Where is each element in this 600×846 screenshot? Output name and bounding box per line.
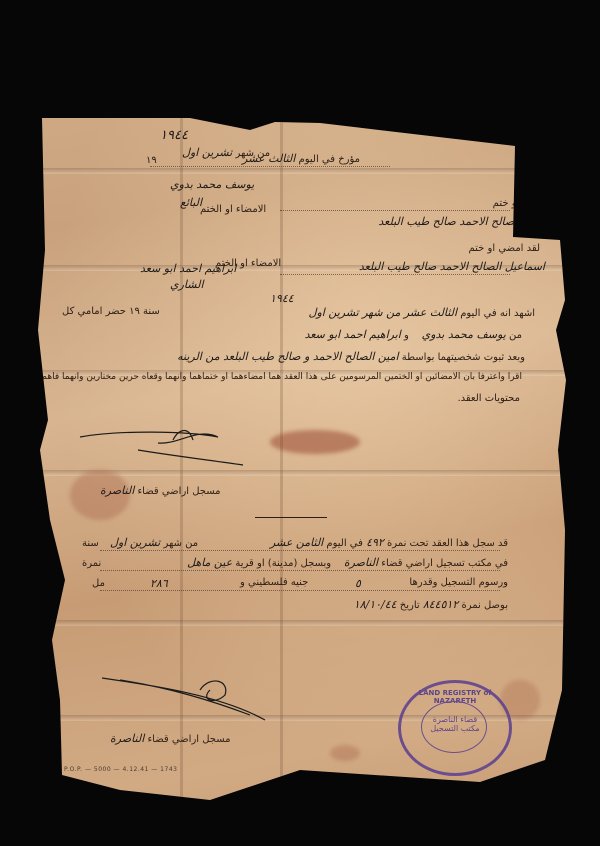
attestation-line-3: وبعد ثبوت شخصيتهما بواسطة امين الصالح ال… xyxy=(177,350,525,363)
signature-label-1: الامضاء او الختم xyxy=(200,204,266,215)
pounds-label: جنيه فلسطيني و xyxy=(240,577,308,588)
mils-label: مل xyxy=(92,578,105,589)
registration-page-label: نمرة xyxy=(82,558,101,569)
buyer-name-hand: ابراهيم احمد ابو سعد xyxy=(140,262,236,275)
attestation-year: ١٩٤٤ xyxy=(270,292,294,305)
dotted-rule xyxy=(100,570,500,571)
dotted-rule xyxy=(280,210,510,211)
attestation-line-4: اقرا واعترفا بان الامضائين او الختمين ال… xyxy=(33,372,522,382)
registrar-signature-1 xyxy=(78,425,248,475)
attestation-line-1-suffix: سنة ١٩ حضر امامي كل xyxy=(62,306,160,317)
stain xyxy=(270,430,360,454)
seller-name-hand: يوسف محمد بدوي xyxy=(170,178,254,191)
registration-fees-label: ورسوم التسجيل وقدرها xyxy=(409,577,508,588)
fees-mils: ٢٨٦ xyxy=(150,577,168,590)
seller-role: البائع xyxy=(180,196,202,209)
registrar-2-title: مسجل اراضي قضاء الناصرة xyxy=(110,732,231,745)
buyer-field-label: لقد امضي او ختم xyxy=(469,243,541,254)
land-registry-stamp: LAND REGISTRY of NAZARETH قضاء الناصرة م… xyxy=(398,680,512,776)
dotted-rule xyxy=(280,274,510,275)
attestation-line-2: من يوسف محمد بدوي و ابراهيم احمد ابو سعد xyxy=(305,328,522,341)
paper-fold xyxy=(0,168,600,174)
paper-fold xyxy=(0,620,600,626)
attestation-line-1: اشهد انه في اليوم الثالث عشر من شهر تشري… xyxy=(308,306,535,319)
seller-field-value: امين الصالح الاحمد صالح طيب البلعد xyxy=(378,215,545,228)
stamp-arabic: قضاء الناصرة مكتب التسجيل xyxy=(401,715,509,733)
seller-field-label: سمي او ختم xyxy=(493,198,545,209)
stain xyxy=(330,745,360,761)
dotted-rule xyxy=(100,590,500,591)
dotted-rule xyxy=(150,166,390,167)
registration-month: من شهر تشرين اول xyxy=(110,536,198,549)
dotted-rule xyxy=(100,550,500,551)
fees-pounds: ٥ xyxy=(355,577,361,590)
buyer-role: الشاري xyxy=(170,278,204,291)
buyer-field-value: اسماعيل الصالح الاحمد صالح طيب البلعد xyxy=(359,260,545,273)
attestation-line-5: محتويات العقد. xyxy=(457,393,520,404)
document-paper: مؤرخ في اليوم الثالث عشر ١٩٤٤ من شهر تشر… xyxy=(0,0,600,846)
registration-year-label: سنة xyxy=(82,538,99,549)
year-prefix: ١٩ xyxy=(146,155,157,166)
registration-line-2: في مكتب تسجيل اراضي قضاء الناصرة وبسجل (… xyxy=(187,556,508,569)
registration-line-1: قد سجل هذا العقد تحت نمرة ٤٩٢ في اليوم ا… xyxy=(270,536,508,549)
registrar-signature-2 xyxy=(100,670,270,730)
receipt-line: بوصل نمرة ٨٤٤٥١٢ تاريخ ١٨/١٠/٤٤ xyxy=(354,598,508,611)
registrar-1-title: مسجل اراضي قضاء الناصرة xyxy=(100,484,221,497)
footer-print-code: P.O.P. — 5000 — 4.12.41 — 1743 xyxy=(64,766,177,773)
year-handwritten: ١٩٤٤ xyxy=(160,128,188,143)
divider xyxy=(255,517,327,518)
month-line: من شهر تشرين اول xyxy=(182,146,270,159)
paper-fold-vertical xyxy=(280,0,283,846)
